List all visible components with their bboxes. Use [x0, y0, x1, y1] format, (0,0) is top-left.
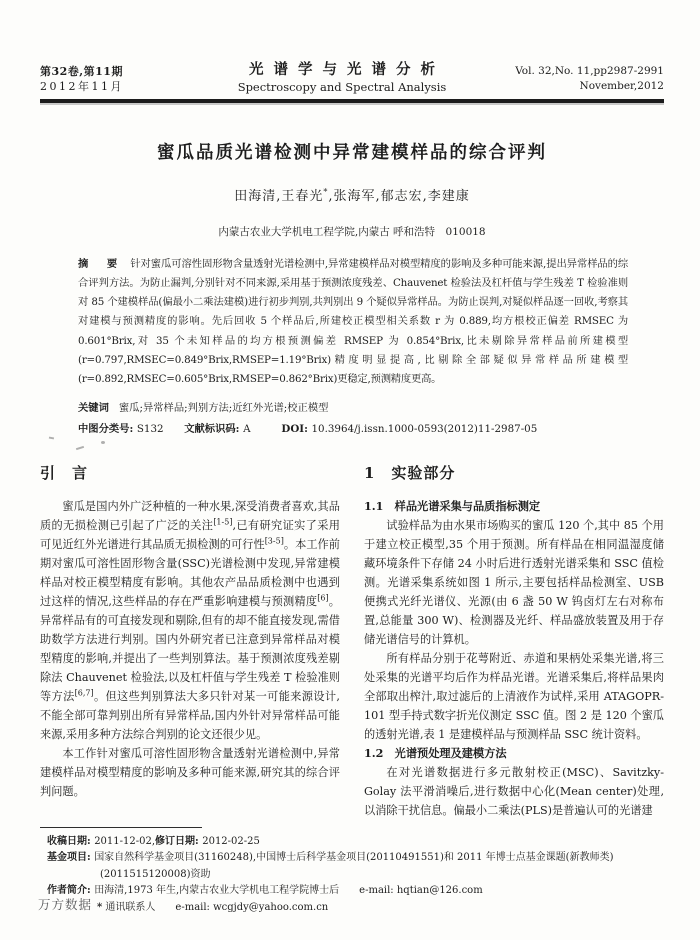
section-1-2-paragraph-1: 在对光谱数据进行多元散射校正(MSC)、Savitzky-Golay 法平滑消噪… [364, 763, 664, 820]
journal-title-en: Spectroscopy and Spectral Analysis [190, 80, 494, 94]
keywords-line: 关键词蜜瓜;异常样品;判别方法;近红外光谱;校正模型 [78, 398, 628, 419]
abstract-block: 摘 要针对蜜瓜可溶性固形物含量透射光谱检测中,异常建模样品对模型精度的影响及多种… [78, 255, 628, 390]
keywords-label: 关键词 [78, 402, 109, 414]
section-1-1-paragraph-1: 试验样品为由水果市场购买的蜜瓜 120 个,其中 85 个用于建立校正模型,35… [364, 516, 664, 649]
wanfang-data-watermark: 万方数据 [38, 895, 92, 913]
corresponding-author-line: * 通讯联系人 e-mail: wcgjdy@yahoo.com.cn [40, 900, 664, 916]
issue-date-en: November,2012 [494, 79, 664, 94]
author-bio-line: 作者简介: 田海清,1973 年生,内蒙古农业大学机电工程学院博士后 e-mai… [40, 883, 664, 899]
funding-line: 基金项目: 国家自然科学基金项目(31160248),中国博士后科学基金项目(2… [40, 850, 664, 883]
section-1-heading: 1 实验部分 [364, 462, 664, 483]
journal-title-cn: 光谱学与光谱分析 [190, 58, 494, 79]
abstract-label: 摘 要 [78, 258, 121, 270]
volume-issue-cn: 第32卷,第11期 [40, 64, 190, 79]
section-1-1-paragraph-2: 所有样品分别于花萼附近、赤道和果柄处采集光谱,将三处采集的光谱平均后作为样品光谱… [364, 649, 664, 744]
body-columns: 引 言 蜜瓜是国内外广泛种植的一种水果,深受消费者喜欢,其品质的无损检测已引起了… [40, 453, 664, 820]
received-date-line: 收稿日期: 2011-12-02,修订日期: 2012-02-25 [40, 834, 664, 850]
journal-title-block: 光谱学与光谱分析 Spectroscopy and Spectral Analy… [190, 58, 494, 94]
footnote-block: 收稿日期: 2011-12-02,修订日期: 2012-02-25 基金项目: … [40, 827, 664, 917]
left-column: 引 言 蜜瓜是国内外广泛种植的一种水果,深受消费者喜欢,其品质的无损检测已引起了… [40, 453, 340, 820]
journal-masthead: 第32卷,第11期 2012年11月 光谱学与光谱分析 Spectroscopy… [40, 58, 664, 94]
citation-info: Vol. 32,No. 11,pp2987-2991 November,2012 [494, 64, 664, 94]
article-title: 蜜瓜品质光谱检测中异常建模样品的综合评判 [40, 139, 664, 164]
volume-pages-en: Vol. 32,No. 11,pp2987-2991 [494, 64, 664, 79]
abstract-text: 针对蜜瓜可溶性固形物含量透射光谱检测中,异常建模样品对模型精度的影响及多种可能来… [78, 258, 628, 386]
issue-info: 第32卷,第11期 2012年11月 [40, 64, 190, 94]
section-1-1-heading: 1.1 样品光谱采集与品质指标测定 [364, 497, 664, 516]
intro-heading: 引 言 [40, 462, 340, 483]
masthead-rule [40, 99, 664, 103]
classification-line: 中图分类号: S132 文献标识码: A DOI: 10.3964/j.issn… [78, 419, 628, 440]
intro-paragraph-2: 本工作针对蜜瓜可溶性固形物含量透射光谱检测中,异常建模样品对模型精度的影响及多种… [40, 744, 340, 801]
right-column: 1 实验部分 1.1 样品光谱采集与品质指标测定 试验样品为由水果市场购买的蜜瓜… [364, 453, 664, 820]
footnote-rule [40, 827, 202, 829]
issue-date-cn: 2012年11月 [40, 79, 190, 94]
intro-paragraph-1: 蜜瓜是国内外广泛种植的一种水果,深受消费者喜欢,其品质的无损检测已引起了广泛的关… [40, 497, 340, 744]
journal-page: 第32卷,第11期 2012年11月 光谱学与光谱分析 Spectroscopy… [0, 0, 700, 940]
scan-speck [49, 437, 54, 439]
keywords-text: 蜜瓜;异常样品;判别方法;近红外光谱;校正模型 [119, 402, 329, 414]
scan-speck [101, 441, 105, 444]
affiliation-line: 内蒙古农业大学机电工程学院,内蒙古 呼和浩特 010018 [40, 224, 664, 239]
authors-line: 田海清,王春光*,张海军,郁志宏,李建康 [40, 185, 664, 204]
section-1-2-heading: 1.2 光谱预处理及建模方法 [364, 744, 664, 763]
scan-speck [76, 446, 84, 450]
